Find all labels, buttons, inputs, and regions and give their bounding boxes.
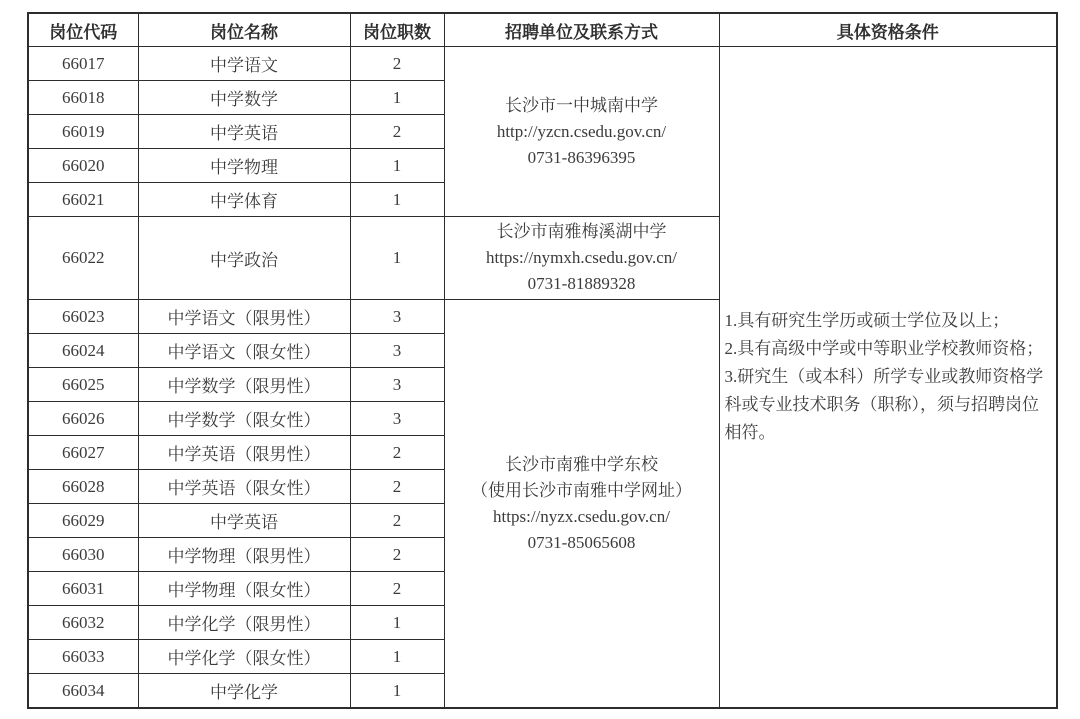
job-code-cell: 66033 [28,640,138,674]
job-code-cell: 66034 [28,674,138,709]
job-count-cell: 2 [350,115,444,149]
job-name-cell: 中学化学（限男性） [138,606,350,640]
job-name-cell: 中学数学 [138,81,350,115]
header-row: 岗位代码 岗位名称 岗位职数 招聘单位及联系方式 具体资格条件 [28,13,1057,47]
job-count-cell: 1 [350,217,444,300]
job-name-cell: 中学化学 [138,674,350,709]
job-code-cell: 66021 [28,183,138,217]
job-name-cell: 中学英语（限男性） [138,436,350,470]
recruiting-unit-cell: 长沙市南雅梅溪湖中学 https://nymxh.csedu.gov.cn/ 0… [444,217,719,300]
job-count-cell: 2 [350,470,444,504]
job-name-cell: 中学数学（限男性） [138,368,350,402]
qualifications-cell: 1.具有研究生学历或硕士学位及以上； 2.具有高级中学或中等职业学校教师资格； … [719,47,1057,709]
job-code-cell: 66032 [28,606,138,640]
job-code-cell: 66022 [28,217,138,300]
job-count-cell: 3 [350,402,444,436]
job-count-cell: 2 [350,47,444,81]
job-code-cell: 66018 [28,81,138,115]
job-code-cell: 66025 [28,368,138,402]
job-count-cell: 3 [350,300,444,334]
job-name-cell: 中学英语 [138,504,350,538]
job-count-cell: 2 [350,436,444,470]
job-count-cell: 2 [350,504,444,538]
job-name-cell: 中学语文 [138,47,350,81]
job-count-cell: 1 [350,640,444,674]
job-name-cell: 中学数学（限女性） [138,402,350,436]
job-name-cell: 中学语文（限男性） [138,300,350,334]
job-code-cell: 66029 [28,504,138,538]
job-code-cell: 66017 [28,47,138,81]
job-name-cell: 中学政治 [138,217,350,300]
job-name-cell: 中学英语（限女性） [138,470,350,504]
job-code-cell: 66019 [28,115,138,149]
job-count-cell: 2 [350,538,444,572]
job-count-cell: 1 [350,183,444,217]
job-code-cell: 66030 [28,538,138,572]
job-code-cell: 66020 [28,149,138,183]
job-count-cell: 1 [350,81,444,115]
job-count-cell: 1 [350,606,444,640]
job-count-cell: 2 [350,572,444,606]
recruitment-table-container: 岗位代码 岗位名称 岗位职数 招聘单位及联系方式 具体资格条件 66017中学语… [27,12,1058,709]
job-code-cell: 66031 [28,572,138,606]
column-header-count: 岗位职数 [350,13,444,47]
table-row: 66017中学语文2长沙市一中城南中学 http://yzcn.csedu.go… [28,47,1057,81]
job-count-cell: 1 [350,674,444,709]
job-code-cell: 66026 [28,402,138,436]
job-name-cell: 中学语文（限女性） [138,334,350,368]
column-header-qualifications: 具体资格条件 [719,13,1057,47]
job-name-cell: 中学体育 [138,183,350,217]
job-name-cell: 中学物理 [138,149,350,183]
job-code-cell: 66027 [28,436,138,470]
job-name-cell: 中学物理（限女性） [138,572,350,606]
job-table-body: 66017中学语文2长沙市一中城南中学 http://yzcn.csedu.go… [28,47,1057,709]
column-header-unit: 招聘单位及联系方式 [444,13,719,47]
column-header-name: 岗位名称 [138,13,350,47]
recruiting-unit-cell: 长沙市一中城南中学 http://yzcn.csedu.gov.cn/ 0731… [444,47,719,217]
job-code-cell: 66024 [28,334,138,368]
job-code-cell: 66028 [28,470,138,504]
recruiting-unit-cell: 长沙市南雅中学东校 （使用长沙市南雅中学网址） https://nyzx.cse… [444,300,719,709]
job-count-cell: 3 [350,334,444,368]
job-name-cell: 中学英语 [138,115,350,149]
job-count-cell: 3 [350,368,444,402]
column-header-code: 岗位代码 [28,13,138,47]
job-name-cell: 中学物理（限男性） [138,538,350,572]
recruitment-table: 岗位代码 岗位名称 岗位职数 招聘单位及联系方式 具体资格条件 66017中学语… [27,12,1058,709]
job-code-cell: 66023 [28,300,138,334]
job-name-cell: 中学化学（限女性） [138,640,350,674]
job-count-cell: 1 [350,149,444,183]
